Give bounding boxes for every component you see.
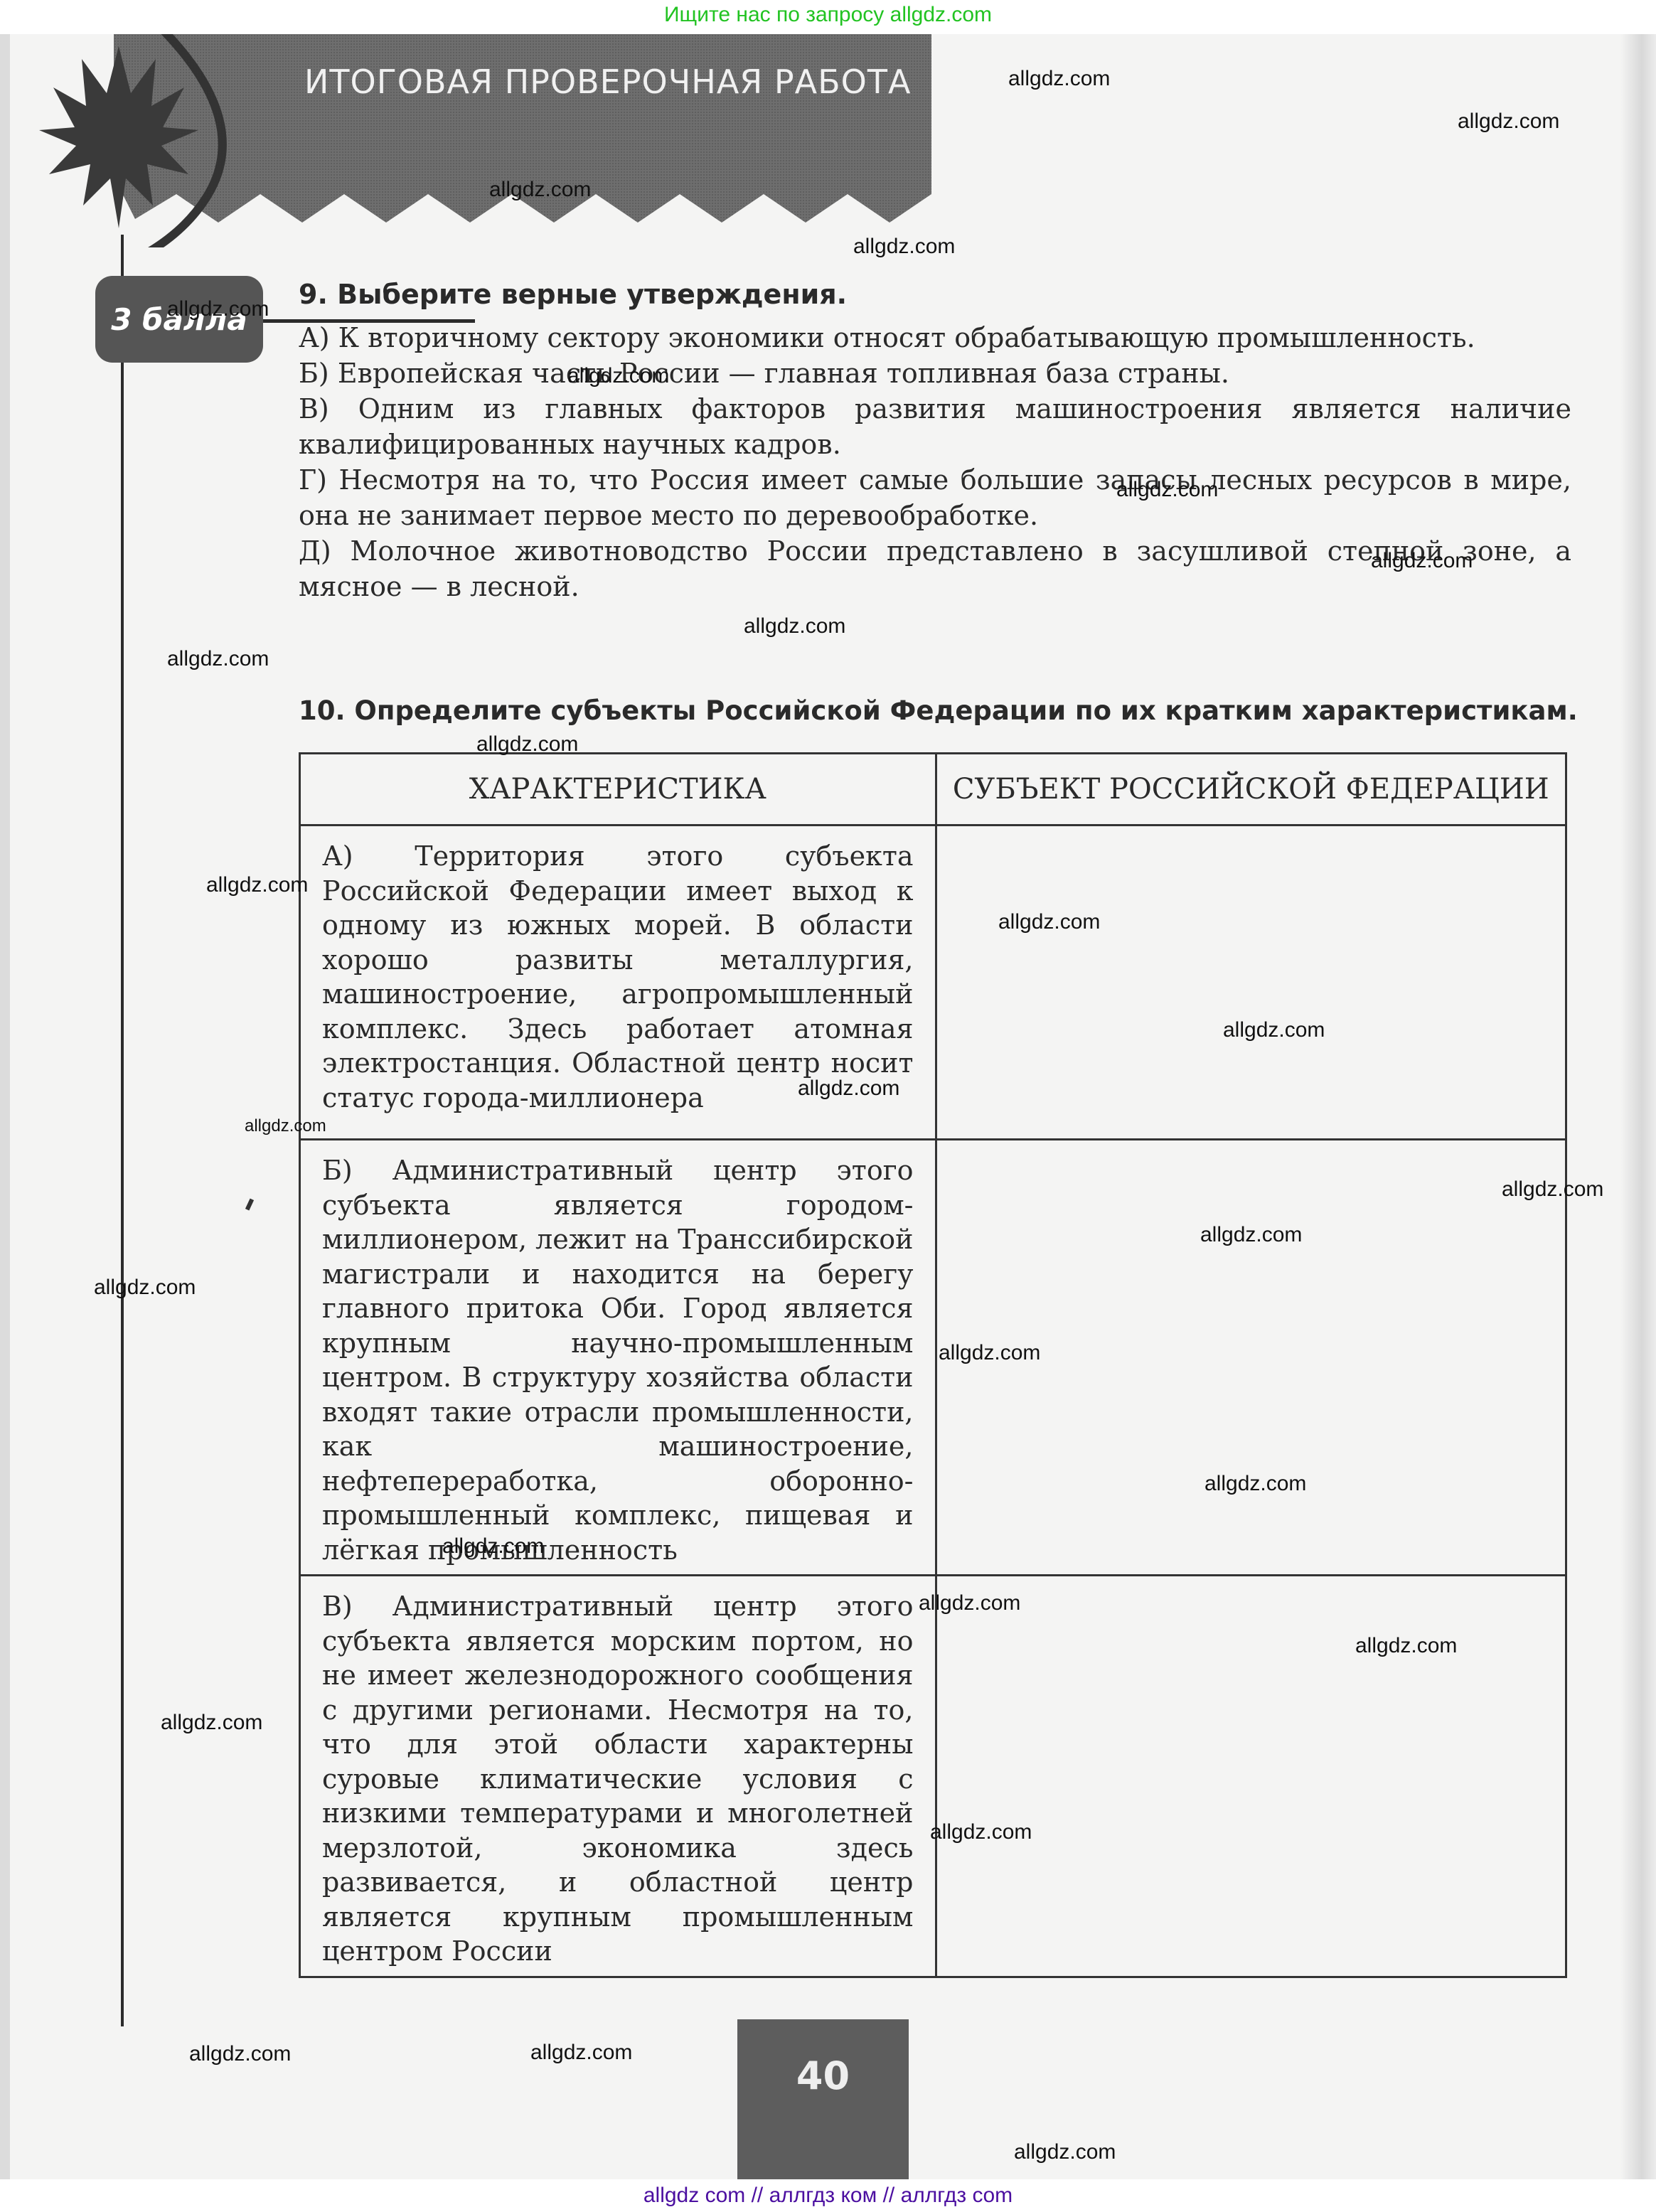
watermark: allgdz.com [1371, 549, 1473, 573]
watermark: allgdz.com [94, 1276, 196, 1300]
watermark: allgdz.com [1355, 1634, 1457, 1658]
page-right-edge [1620, 34, 1656, 2179]
watermark: allgdz.com [245, 1116, 326, 1136]
watermark: allgdz.com [1204, 1472, 1306, 1496]
watermark: allgdz.com [1502, 1177, 1603, 1202]
characteristic-cell: Б) Административный центр этого субъекта… [300, 1140, 936, 1576]
table-header-row: ХАРАКТЕРИСТИКА СУБЪЕКТ РОССИЙСКОЙ ФЕДЕРА… [300, 754, 1566, 826]
watermark: allgdz.com [1116, 478, 1218, 502]
watermark: allgdz.com [476, 732, 578, 757]
watermark: allgdz.com [1014, 2140, 1116, 2164]
watermark: allgdz.com [1458, 109, 1559, 134]
statement-a: А) К вторичному сектору экономики относя… [299, 320, 1571, 356]
top-search-link[interactable]: Ищите нас по запросу allgdz.com [0, 3, 1656, 27]
bottom-ad-bar: allgdz com // аллгдз ком // аллгдз com [0, 2179, 1656, 2212]
question-9-title: 9. Выберите верные утверждения. [299, 279, 847, 310]
watermark: allgdz.com [798, 1076, 899, 1101]
subjects-table: ХАРАКТЕРИСТИКА СУБЪЕКТ РОССИЙСКОЙ ФЕДЕРА… [299, 752, 1567, 1978]
characteristic-cell: В) Административный центр этого субъекта… [300, 1576, 936, 1977]
watermark: allgdz.com [189, 2042, 291, 2066]
watermark: allgdz.com [489, 178, 591, 202]
subject-answer-cell[interactable] [936, 1576, 1566, 1977]
watermark: allgdz.com [530, 2041, 632, 2065]
question-10-title: 10. Определите субъекты Российской Федер… [299, 695, 1578, 726]
watermark: allgdz.com [167, 297, 269, 321]
watermark: allgdz.com [939, 1341, 1040, 1365]
top-ad-bar: Ищите нас по запросу allgdz.com [0, 0, 1656, 34]
statement-g: Г) Несмотря на то, что Россия имеет самы… [299, 462, 1571, 533]
page-left-edge [0, 34, 10, 2179]
header-title: ИТОГОВАЯ ПРОВЕРОЧНАЯ РАБОТА [304, 63, 911, 101]
watermark: allgdz.com [567, 364, 669, 388]
statement-b: Б) Европейская часть России — главная то… [299, 356, 1571, 391]
bottom-site-link[interactable]: allgdz com // аллгдз ком // аллгдз com [0, 2184, 1656, 2208]
watermark: allgdz.com [206, 873, 308, 897]
watermark: allgdz.com [744, 614, 845, 639]
watermark: allgdz.com [1223, 1018, 1325, 1042]
table-row: А) Территория этого субъекта Российской … [300, 826, 1566, 1140]
header-subject: СУБЪЕКТ РОССИЙСКОЙ ФЕДЕРАЦИИ [936, 754, 1566, 826]
table-row: Б) Административный центр этого субъекта… [300, 1140, 1566, 1576]
margin-rule [121, 235, 124, 2026]
watermark: allgdz.com [1200, 1223, 1302, 1247]
watermark: allgdz.com [167, 647, 269, 671]
watermark: allgdz.com [442, 1534, 544, 1559]
statement-v: В) Одним из главных факторов развития ма… [299, 391, 1571, 462]
watermark: allgdz.com [161, 1711, 262, 1735]
watermark: allgdz.com [853, 235, 955, 259]
header-characteristic: ХАРАКТЕРИСТИКА [300, 754, 936, 826]
watermark: allgdz.com [998, 910, 1100, 934]
watermark: allgdz.com [930, 1820, 1032, 1844]
watermark: allgdz.com [1008, 67, 1110, 91]
watermark: allgdz.com [919, 1591, 1020, 1615]
subject-answer-cell[interactable] [936, 826, 1566, 1140]
pen-mark [245, 1198, 254, 1210]
page-number: 40 [737, 2019, 909, 2180]
